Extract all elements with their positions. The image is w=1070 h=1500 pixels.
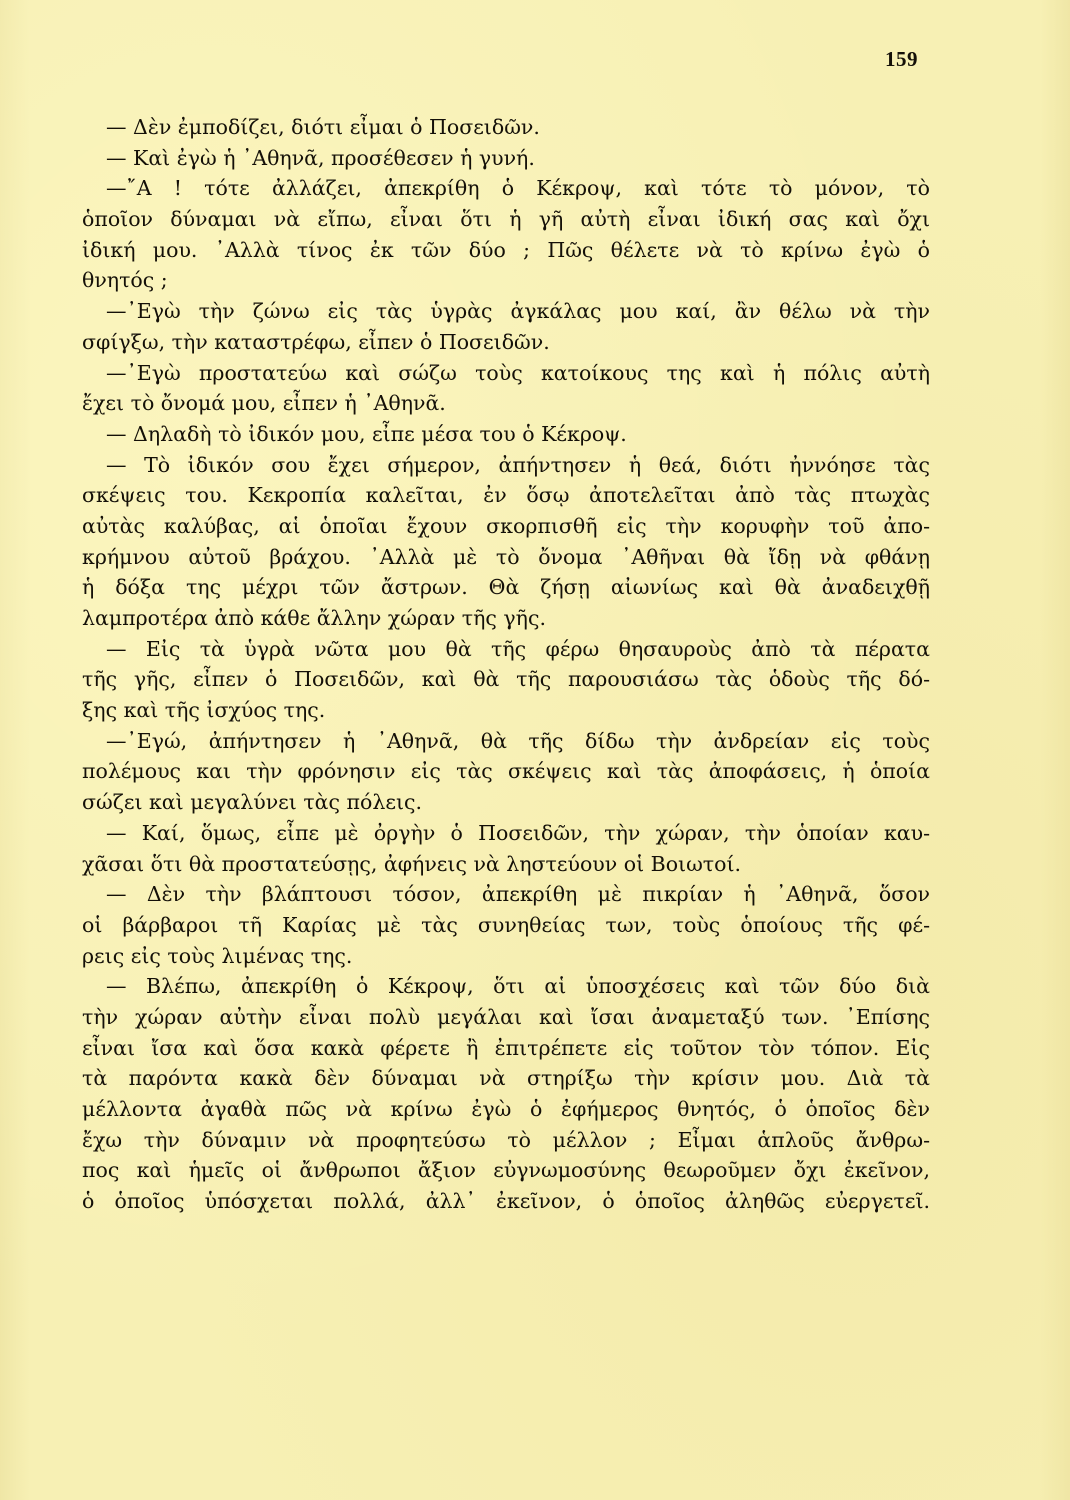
text-line: —῎Α ! τότε ἀλλάζει, ἀπεκρίθη ὁ Κέκροψ, κ… [82, 173, 930, 204]
text-line: σφίγξω, τὴν καταστρέφω, εἶπεν ὁ Ποσειδῶν… [82, 327, 930, 358]
text-line: σώζει καὶ μεγαλύνει τὰς πόλεις. [82, 787, 930, 818]
page-number: 159 [885, 47, 918, 72]
text-line: ἔχω τὴν δύναμιν νὰ προφητεύσω τὸ μέλλον … [82, 1125, 930, 1156]
text-line: τῆς γῆς, εἶπεν ὁ Ποσειδῶν, καὶ θὰ τῆς πα… [82, 664, 930, 695]
text-line: — Εἰς τὰ ὑγρὰ νῶτα μου θὰ τῆς φέρω θησαυ… [82, 634, 930, 665]
text-line: ἰδική μου. ᾿Αλλὰ τίνος ἐκ τῶν δύο ; Πῶς … [82, 235, 930, 266]
text-line: ξης καὶ τῆς ἰσχύος της. [82, 695, 930, 726]
text-line: — Καί, ὅμως, εἶπε μὲ ὀργὴν ὁ Ποσειδῶν, τ… [82, 818, 930, 849]
text-line: — Δὲν τὴν βλάπτουσι τόσον, ἀπεκρίθη μὲ π… [82, 879, 930, 910]
text-line: οἱ βάρβαροι τῆ Καρίας μὲ τὰς συνηθείας τ… [82, 910, 930, 941]
text-line: τὰ παρόντα κακὰ δὲν δύναμαι νὰ στηρίξω τ… [82, 1063, 930, 1094]
text-line: τὴν χώραν αὐτὴν εἶναι πολὺ μεγάλαι καὶ ἴ… [82, 1002, 930, 1033]
text-line: —᾿Εγὼ τὴν ζώνω εἰς τὰς ὑγρὰς ἀγκάλας μου… [82, 296, 930, 327]
text-line: ἡ δόξα της μέχρι τῶν ἄστρων. Θὰ ζήσῃ αἰω… [82, 572, 930, 603]
text-line: —᾿Εγώ, ἀπήντησεν ἡ ᾿Αθηνᾶ, θὰ τῆς δίδω τ… [82, 726, 930, 757]
text-line: — Δηλαδὴ τὸ ἰδικόν μου, εἶπε μέσα του ὁ … [82, 419, 930, 450]
text-line: — Δὲν ἐμποδίζει, διότι εἶμαι ὁ Ποσειδῶν. [82, 112, 930, 143]
text-line: πολέμους και τὴν φρόνησιν εἰς τὰς σκέψει… [82, 756, 930, 787]
text-line: ἔχει τὸ ὄνομά μου, εἶπεν ἡ ᾿Αθηνᾶ. [82, 388, 930, 419]
text-line: λαμπροτέρα ἀπὸ κάθε ἄλλην χώραν τῆς γῆς. [82, 603, 930, 634]
text-line: σκέψεις του. Κεκροπία καλεῖται, ἐν ὅσῳ ἀ… [82, 480, 930, 511]
text-line: κρήμνου αὐτοῦ βράχου. ᾿Αλλὰ μὲ τὸ ὄνομα … [82, 542, 930, 573]
text-line: — Καὶ ἐγὼ ἡ ᾿Αθηνᾶ, προσέθεσεν ἡ γυνή. [82, 143, 930, 174]
text-line: — Τὸ ἰδικόν σου ἔχει σήμερον, ἀπήντησεν … [82, 450, 930, 481]
text-line: εἶναι ἴσα καὶ ὅσα κακὰ φέρετε ἢ ἐπιτρέπε… [82, 1033, 930, 1064]
text-line: χᾶσαι ὅτι θὰ προστατεύσῃς, ἀφήνεις νὰ λη… [82, 849, 930, 880]
text-line: —᾿Εγὼ προστατεύω καὶ σώζω τοὺς κατοίκους… [82, 358, 930, 389]
text-line: αὐτὰς καλύβας, αἱ ὁποῖαι ἔχουν σκορπισθῆ… [82, 511, 930, 542]
text-line: μέλλοντα ἀγαθὰ πῶς νὰ κρίνω ἐγὼ ὁ ἐφήμερ… [82, 1094, 930, 1125]
text-line: — Βλέπω, ἀπεκρίθη ὁ Κέκροψ, ὅτι αἱ ὑποσχ… [82, 971, 930, 1002]
text-line: ὁποῖον δύναμαι νὰ εἴπω, εἶναι ὅτι ἡ γῆ α… [82, 204, 930, 235]
text-line: ρεις εἰς τοὺς λιμένας της. [82, 941, 930, 972]
text-line: θνητός ; [82, 265, 930, 296]
text-line: πος καὶ ἡμεῖς οἱ ἄνθρωποι ἄξιον εὐγνωμοσ… [82, 1155, 930, 1186]
body-text: — Δὲν ἐμποδίζει, διότι εἶμαι ὁ Ποσειδῶν.… [82, 112, 930, 1217]
text-line: ὁ ὁποῖος ὑπόσχεται πολλά, ἀλλ᾿ ἐκεῖνον, … [82, 1186, 930, 1217]
